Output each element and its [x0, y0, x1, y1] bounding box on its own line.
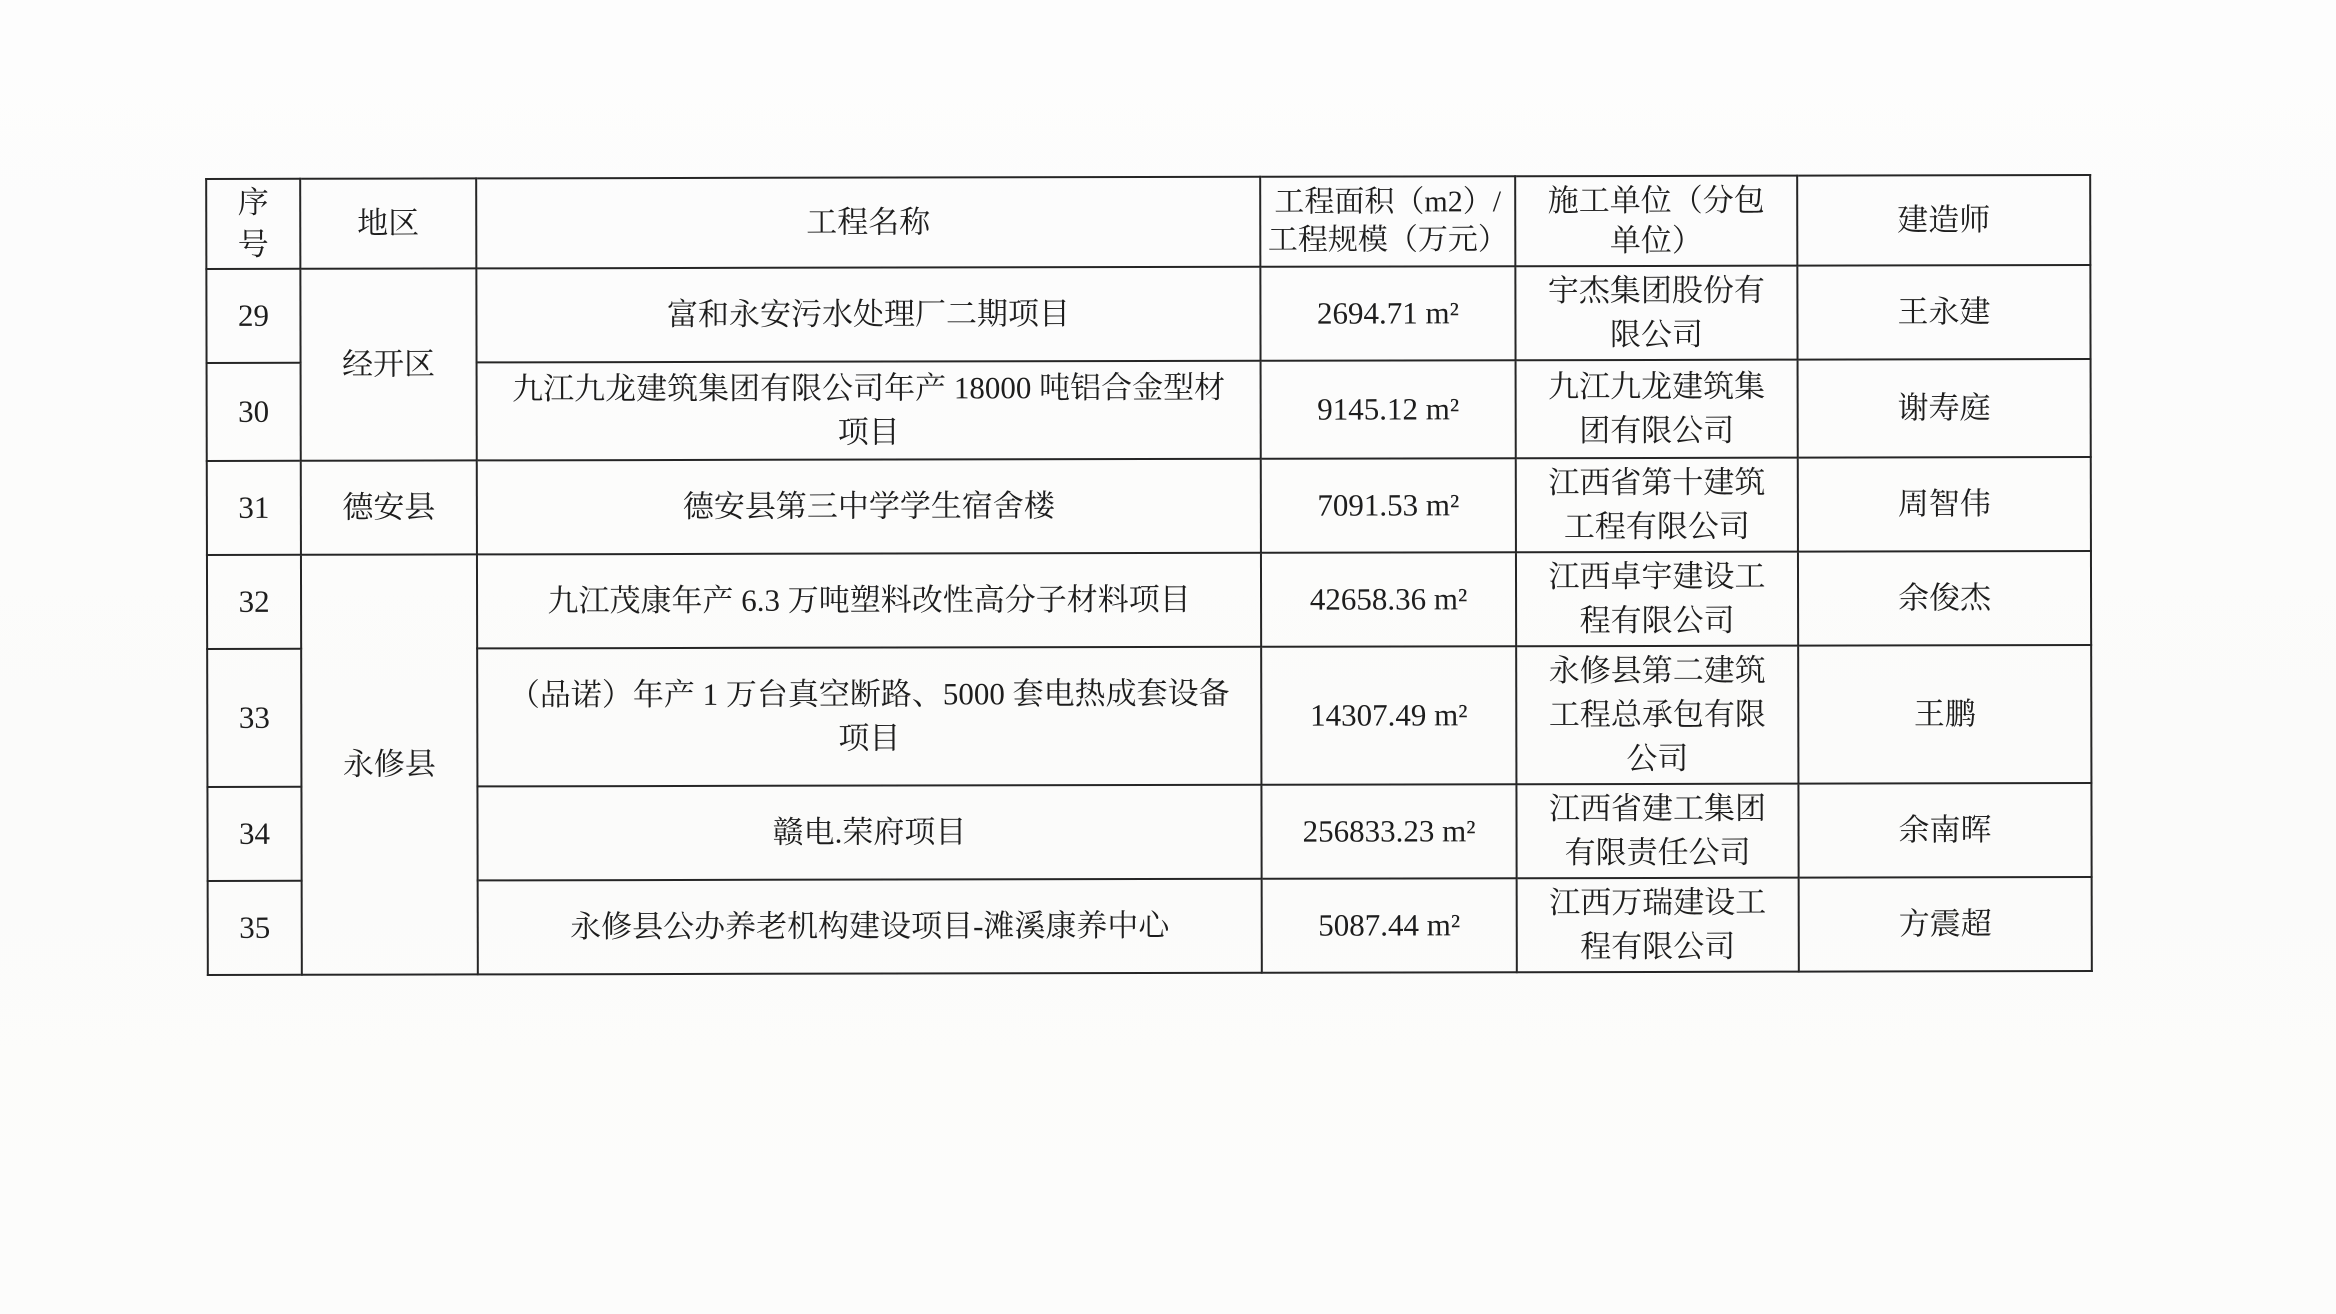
- cell-area: 42658.36 m²: [1261, 552, 1516, 647]
- cell-builder: 余南晖: [1798, 783, 2091, 878]
- table-row: 34 赣电.荣府项目 256833.23 m² 江西省建工集团有限责任公司 余南…: [207, 783, 2091, 881]
- cell-project: 九江九龙建筑集团有限公司年产 18000 吨铝合金型材项目: [477, 360, 1261, 460]
- cell-area: 5087.44 m²: [1262, 878, 1517, 973]
- cell-project: （品诺）年产 1 万台真空断路、5000 套电热成套设备项目: [477, 647, 1261, 787]
- cell-contractor: 江西省第十建筑工程有限公司: [1516, 457, 1798, 552]
- table-row: 30 九江九龙建筑集团有限公司年产 18000 吨铝合金型材项目 9145.12…: [207, 359, 2091, 461]
- table-row: 31 德安县 德安县第三中学学生宿舍楼 7091.53 m² 江西省第十建筑工程…: [207, 457, 2091, 555]
- cell-serial: 32: [207, 555, 301, 649]
- cell-project: 赣电.荣府项目: [477, 785, 1261, 881]
- cell-builder: 余俊杰: [1798, 551, 2091, 646]
- cell-contractor: 宇杰集团股份有限公司: [1515, 265, 1797, 360]
- cell-region-deanxian: 德安县: [301, 460, 477, 554]
- cell-builder: 周智伟: [1798, 457, 2091, 552]
- cell-region-jingkaiqu: 经开区: [300, 268, 476, 460]
- cell-area: 256833.23 m²: [1261, 784, 1516, 879]
- cell-region-yongxiuxian: 永修县: [301, 554, 478, 975]
- cell-area: 2694.71 m²: [1260, 266, 1515, 361]
- cell-contractor: 江西卓宇建设工程有限公司: [1516, 551, 1798, 646]
- header-region: 地区: [300, 178, 476, 268]
- projects-table: 序号 地区 工程名称 工程面积（m2）/工程规模（万元） 施工单位（分包单位） …: [205, 174, 2093, 976]
- cell-serial: 31: [207, 461, 301, 555]
- cell-serial: 33: [207, 649, 301, 787]
- cell-serial: 35: [208, 881, 302, 975]
- cell-contractor: 江西省建工集团有限责任公司: [1516, 783, 1798, 878]
- cell-contractor: 江西万瑞建设工程有限公司: [1517, 878, 1799, 973]
- table-row: 35 永修县公办养老机构建设项目-滩溪康养中心 5087.44 m² 江西万瑞建…: [208, 877, 2092, 975]
- cell-project: 德安县第三中学学生宿舍楼: [477, 459, 1261, 555]
- table-row: 29 经开区 富和永安污水处理厂二期项目 2694.71 m² 宇杰集团股份有限…: [206, 265, 2090, 363]
- cell-area: 14307.49 m²: [1261, 646, 1516, 785]
- cell-project: 富和永安污水处理厂二期项目: [476, 266, 1260, 362]
- header-project: 工程名称: [476, 177, 1260, 268]
- cell-serial: 34: [207, 787, 301, 881]
- header-serial: 序号: [206, 179, 300, 269]
- cell-builder: 王永建: [1797, 265, 2090, 360]
- table-header-row: 序号 地区 工程名称 工程面积（m2）/工程规模（万元） 施工单位（分包单位） …: [206, 175, 2090, 269]
- cell-project: 永修县公办养老机构建设项目-滩溪康养中心: [478, 879, 1262, 975]
- cell-area: 9145.12 m²: [1261, 360, 1516, 459]
- header-contractor: 施工单位（分包单位）: [1515, 176, 1797, 266]
- cell-area: 7091.53 m²: [1261, 458, 1516, 553]
- cell-serial: 30: [207, 362, 301, 460]
- cell-builder: 王鹏: [1798, 645, 2091, 784]
- cell-project: 九江茂康年产 6.3 万吨塑料改性高分子材料项目: [477, 553, 1261, 649]
- cell-builder: 谢寿庭: [1798, 359, 2091, 458]
- header-builder: 建造师: [1797, 175, 2090, 265]
- header-area: 工程面积（m2）/工程规模（万元）: [1260, 176, 1515, 266]
- cell-serial: 29: [206, 268, 300, 362]
- table-row: 33 （品诺）年产 1 万台真空断路、5000 套电热成套设备项目 14307.…: [207, 645, 2091, 787]
- cell-contractor: 永修县第二建筑工程总承包有限公司: [1516, 645, 1798, 784]
- cell-builder: 方震超: [1799, 877, 2092, 972]
- header-serial-label: 序号: [237, 182, 270, 266]
- cell-contractor: 九江九龙建筑集团有限公司: [1516, 359, 1798, 458]
- table-row: 32 永修县 九江茂康年产 6.3 万吨塑料改性高分子材料项目 42658.36…: [207, 551, 2091, 649]
- scanned-document-page: 序号 地区 工程名称 工程面积（m2）/工程规模（万元） 施工单位（分包单位） …: [0, 0, 2336, 1314]
